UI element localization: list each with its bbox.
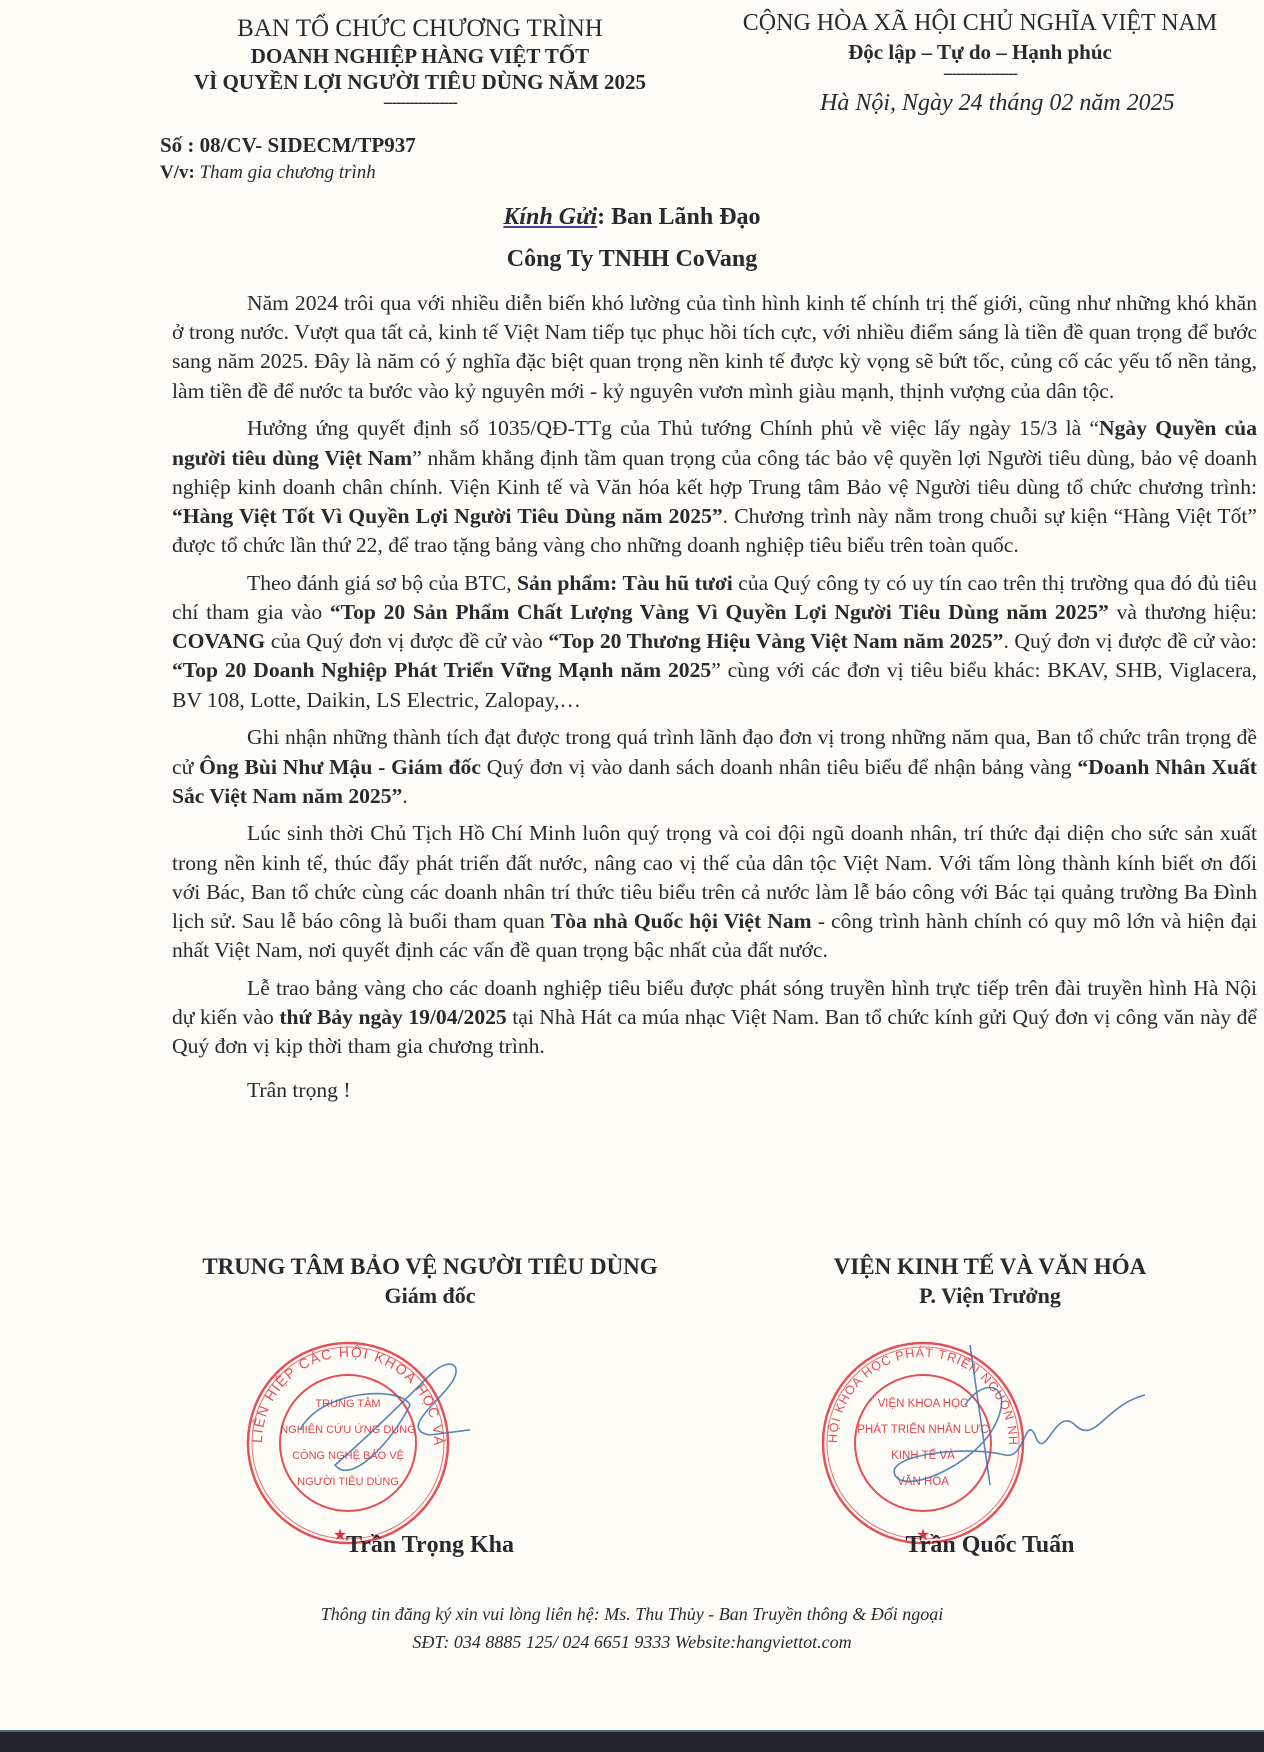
national-divider: ----------------- <box>700 66 1260 82</box>
subject-value: Tham gia chương trình <box>200 162 376 183</box>
contact-info: Thông tin đăng ký xin vui lòng liên hệ: … <box>0 1600 1264 1628</box>
body-paragraph: Lễ trao bảng vàng cho các doanh nghiệp t… <box>172 974 1257 1062</box>
issuer-line-2: DOANH NGHIỆP HÀNG VIỆT TỐT <box>150 43 690 69</box>
signatory-title-right: P. Viện Trưởng <box>780 1282 1200 1310</box>
svg-text:PHÁT TRIỂN NHÂN LỰC: PHÁT TRIỂN NHÂN LỰC <box>857 1423 988 1436</box>
closing-line: Trân trọng ! <box>172 1076 1257 1105</box>
recipient-line-1: Kính Gửi: Ban Lãnh Đạo <box>0 196 1264 238</box>
contact-footer: Thông tin đăng ký xin vui lòng liên hệ: … <box>0 1600 1264 1656</box>
body-paragraph: Theo đánh giá sơ bộ của BTC, Sản phẩm: T… <box>172 569 1257 715</box>
issuer-line-3: VÌ QUYỀN LỢI NGƯỜI TIÊU DÙNG NĂM 2025 <box>150 69 690 95</box>
national-header: CỘNG HÒA XÃ HỘI CHỦ NGHĨA VIỆT NAM Độc l… <box>700 8 1260 117</box>
salutation: Kính Gửi <box>503 204 597 230</box>
svg-text:VIỆN KHOA HỌC: VIỆN KHOA HỌC <box>878 1397 969 1410</box>
svg-text:NGƯỜI TIÊU DÙNG: NGƯỜI TIÊU DÙNG <box>297 1475 399 1488</box>
body-paragraph: Năm 2024 trôi qua với nhiều diễn biến kh… <box>172 289 1257 406</box>
subject-label: V/v: <box>160 162 195 183</box>
signatory-name-right: Trần Quốc Tuấn <box>780 1532 1200 1559</box>
document-date: Hà Nội, Ngày 24 tháng 02 năm 2025 <box>700 90 1260 117</box>
body-paragraph: Hưởng ứng quyết định số 1035/QĐ-TTg của … <box>172 414 1257 560</box>
letter-body: Năm 2024 trôi qua với nhiều diễn biến kh… <box>172 289 1257 1113</box>
national-title: CỘNG HÒA XÃ HỘI CHỦ NGHĨA VIỆT NAM <box>700 8 1260 38</box>
signatory-org-left: TRUNG TÂM BẢO VỆ NGƯỜI TIÊU DÙNG <box>150 1252 710 1282</box>
svg-text:TRUNG TÂM: TRUNG TÂM <box>315 1397 380 1410</box>
phone-website: SĐT: 034 8885 125/ 024 6651 9333 Website… <box>0 1628 1264 1656</box>
national-motto: Độc lập – Tự do – Hạnh phúc <box>700 38 1260 66</box>
svg-text:CÔNG NGHỆ BẢO VỆ: CÔNG NGHỆ BẢO VỆ <box>292 1449 404 1462</box>
official-stamp-left-icon: LIÊN HIỆP CÁC HỘI KHOA HỌC VÀ KỸ THUẬT V… <box>240 1335 470 1545</box>
signatory-org-right: VIỆN KINH TẾ VÀ VĂN HÓA <box>780 1252 1200 1282</box>
recipient-company: Công Ty TNHH CoVang <box>0 238 1264 280</box>
official-stamp-right-icon: HỘI KHOA HỌC PHÁT TRIỂN NGUỒN NHÂN LỰC N… <box>815 1335 1195 1545</box>
signature-block-left: TRUNG TÂM BẢO VỆ NGƯỜI TIÊU DÙNG Giám đố… <box>150 1252 710 1310</box>
recipient-block: Kính Gửi: Ban Lãnh Đạo Công Ty TNHH CoVa… <box>0 196 1264 280</box>
subject-line: V/v: Tham gia chương trình <box>160 162 376 184</box>
signature-block-right: VIỆN KINH TẾ VÀ VĂN HÓA P. Viện Trưởng <box>780 1252 1200 1310</box>
issuer-divider: ----------------- <box>150 95 690 111</box>
reference-number: Số : 08/CV- SIDECM/TP937 <box>160 133 416 158</box>
signatory-title-left: Giám đốc <box>150 1282 710 1310</box>
body-paragraph: Ghi nhận những thành tích đạt được trong… <box>172 723 1257 811</box>
body-paragraph: Lúc sinh thời Chủ Tịch Hồ Chí Minh luôn … <box>172 819 1257 965</box>
signatory-name-left: Trần Trọng Kha <box>150 1532 710 1559</box>
issuer-header: BAN TỔ CHỨC CHƯƠNG TRÌNH DOANH NGHIỆP HÀ… <box>150 14 690 111</box>
recipient-title: : Ban Lãnh Đạo <box>597 204 760 230</box>
scan-edge-strip <box>0 1730 1264 1752</box>
issuer-line-1: BAN TỔ CHỨC CHƯƠNG TRÌNH <box>150 14 690 43</box>
